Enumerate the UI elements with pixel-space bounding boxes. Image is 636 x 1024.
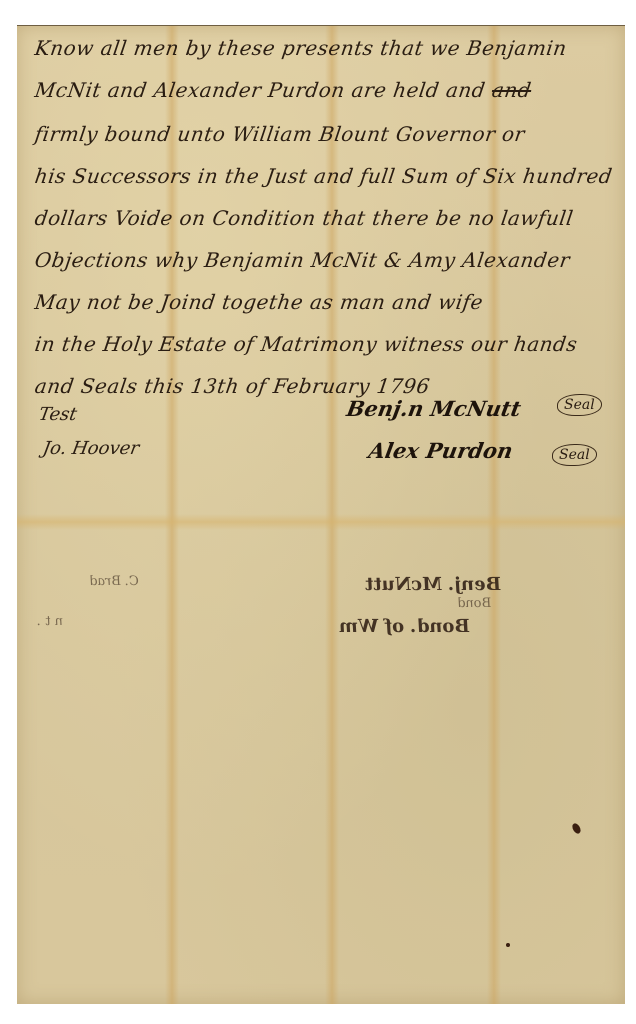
body-line-4: his Successors in the Just and full Sum … [33,164,614,188]
bleed-through-right-bottom: Bond. of Wm [338,616,472,637]
signature-2: Alex Purdon [367,438,515,463]
body-line-1: Know all men by these presents that we B… [33,36,568,60]
bleed-through-right-top: Benj. McNutt [364,574,503,595]
struck-word: and [490,78,532,102]
witness-signature: Jo. Hoover [41,438,141,459]
bleed-through-right-sub: Bond [456,596,492,611]
body-line-2-text: McNit and Alexander Purdon are held and [33,78,487,102]
witness-label: Test [37,404,78,425]
body-line-2: McNit and Alexander Purdon are held and … [33,78,533,102]
fold-line-horizontal [17,514,625,530]
signature-1: Benj.n McNutt [345,396,523,421]
seal-2: Seal [552,444,597,466]
ink-spot [571,822,583,835]
document-page: Know all men by these presents that we B… [17,25,625,1004]
seal-1: Seal [557,394,602,416]
bleed-through-left-bottom: n t . [36,614,64,629]
body-line-3: firmly bound unto William Blount Governo… [33,122,526,146]
body-line-7: May not be Joind togethe as man and wife [33,290,484,314]
ink-dot [506,943,510,947]
bleed-through-left-top: C. Brad [88,574,140,589]
body-line-5: dollars Voide on Condition that there be… [33,206,575,230]
body-line-9: and Seals this 13th of February 1796 [33,374,431,398]
body-line-8: in the Holy Estate of Matrimony witness … [33,332,579,356]
body-line-6: Objections why Benjamin McNit & Amy Alex… [33,248,571,272]
